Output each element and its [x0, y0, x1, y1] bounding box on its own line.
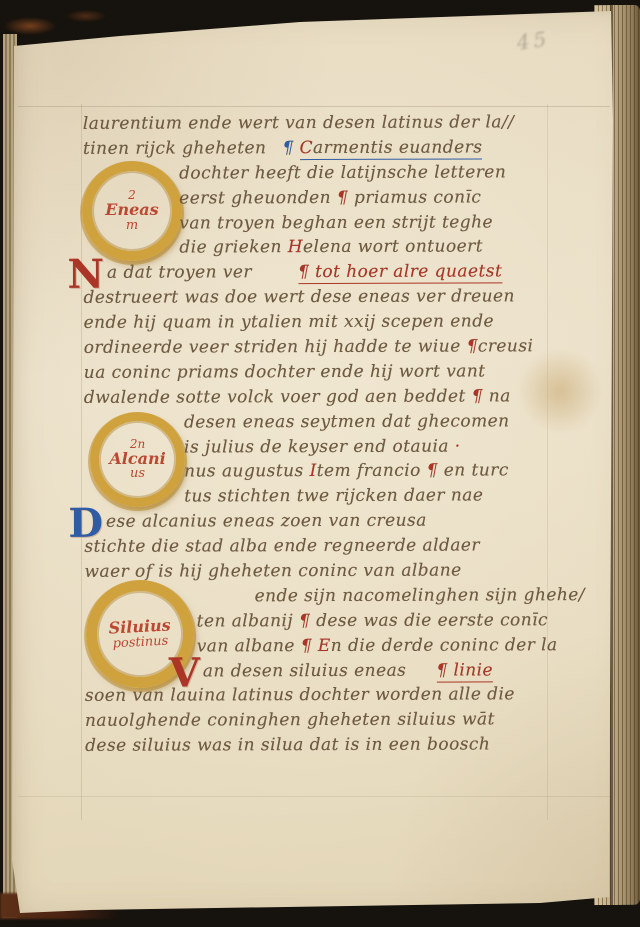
text-run: tus stichten twe rijcken daer nae	[184, 486, 483, 507]
text-run: ende sijn nacomelinghen sijn ghehe/	[255, 585, 585, 606]
text-run: van troyen beghan een strijt teghe	[179, 212, 493, 233]
manuscript-line: nauolghende coninghen gheheten siluius w…	[85, 710, 563, 737]
manuscript-line: die grieken Helena wort ontuoert	[83, 237, 561, 264]
manuscript-line: destrueert was doe wert dese eneas ver d…	[83, 286, 561, 313]
manuscript-line: ende hij quam in ytalien mit xxij scepen…	[84, 311, 562, 338]
text-run: a dat troyen ver	[107, 263, 252, 284]
text-run: ese alcanius eneas zoen van creusa	[106, 511, 427, 532]
text-run: dochter heeft die latijnsche letteren	[179, 162, 506, 183]
text-run: die grieken	[179, 238, 287, 258]
ruling-line-bottom	[18, 796, 610, 797]
manuscript-line: ten albanij ¶ dese was die eerste conīc	[85, 610, 563, 637]
manuscript-line: tus stichten twe rijcken daer nae	[84, 486, 562, 513]
manuscript-line: Dese alcanius eneas zoen van creusa	[84, 510, 562, 537]
text-run: desen eneas seytmen dat ghecomen	[184, 411, 510, 432]
spacer	[406, 674, 436, 675]
text-run: priamus conīc	[354, 187, 481, 207]
text-run: dese was die eerste conīc	[316, 610, 548, 631]
text-run: destrueert was doe wert dese eneas ver d…	[83, 287, 514, 309]
manuscript-line: eerst gheuonden ¶ priamus conīc	[83, 187, 561, 214]
text-run: ¶	[299, 611, 316, 631]
text-run: is julius de keyser end otauia	[184, 436, 449, 457]
text-run: creusi	[478, 336, 534, 356]
text-run: en turc	[444, 461, 509, 481]
manuscript-line: dese siluius was in silua dat is in een …	[85, 734, 563, 761]
manuscript-line: tinen rijck gheheten¶ Carmentis euanders	[83, 137, 561, 164]
text-run: na	[489, 386, 511, 406]
text-run: armentis euanders	[313, 137, 482, 160]
text-run: ¶	[467, 336, 478, 356]
text-run: elena wort ontuoert	[303, 237, 483, 258]
text-run: ua coninc priams dochter ende hij wort v…	[84, 361, 486, 382]
folio-number: 45	[515, 21, 589, 70]
text-run: ende hij quam in ytalien mit xxij scepen…	[84, 312, 495, 333]
manuscript-line: dwalende sotte volck voer god aen beddet…	[84, 386, 562, 413]
text-run: I	[310, 461, 317, 481]
text-run: ¶	[282, 138, 299, 158]
text-run: soen van lauina latinus dochter worden a…	[85, 685, 515, 707]
manuscript-page: 45 2 Eneas m 2n Alcani us Siluius postin…	[0, 0, 640, 927]
text-run: an desen siluius eneas	[203, 660, 407, 681]
text-run: tinen rijck gheheten	[83, 138, 267, 159]
spacer	[266, 152, 282, 153]
text-run: H	[288, 238, 303, 258]
text-run: eerst gheuonden	[179, 188, 337, 209]
text-run: C	[300, 138, 314, 160]
text-run: n die derde coninc der la	[331, 635, 558, 656]
manuscript-line: ende sijn nacomelinghen sijn ghehe/	[85, 585, 563, 612]
manuscript-line: is julius de keyser end otauia ·	[84, 436, 562, 463]
text-run: stichte die stad alba ende regneerde ald…	[84, 536, 480, 557]
manuscript-line: ordineerde veer striden hij hadde te wiu…	[84, 336, 562, 363]
text-run: ¶	[472, 386, 489, 406]
text-column: laurentium ende wert van desen latinus d…	[83, 112, 563, 761]
text-run: tem francio	[317, 461, 427, 481]
text-run: dese siluius was in silua dat is in een …	[85, 735, 490, 756]
text-run: nauolghende coninghen gheheten siluius w…	[85, 710, 495, 731]
text-run: ¶ linie	[436, 660, 493, 682]
manuscript-line: Van desen siluius eneas¶ linie	[85, 660, 563, 687]
text-run: laurentium ende wert van desen latinus d…	[83, 112, 514, 134]
manuscript-line: van troyen beghan een strijt teghe	[83, 212, 561, 239]
manuscript-photo: 45 2 Eneas m 2n Alcani us Siluius postin…	[0, 0, 640, 927]
text-run: ¶ E	[301, 636, 331, 656]
text-run: ¶	[337, 188, 354, 208]
manuscript-line: dochter heeft die latijnsche letteren	[83, 162, 561, 189]
manuscript-line: soen van lauina latinus dochter worden a…	[85, 685, 563, 712]
ruling-line-top	[18, 106, 610, 107]
text-run: ·	[449, 436, 461, 456]
manuscript-line: ua coninc priams dochter ende hij wort v…	[84, 361, 562, 388]
manuscript-line: stichte die stad alba ende regneerde ald…	[84, 535, 562, 562]
text-run: waer of is hij gheheten coninc van alban…	[84, 561, 461, 582]
manuscript-line: waer of is hij gheheten coninc van alban…	[84, 560, 562, 587]
text-run: ¶	[427, 461, 444, 481]
manuscript-line: van albane ¶ En die derde coninc der la	[85, 635, 563, 662]
spacer	[252, 276, 298, 277]
text-run: nus augustus	[184, 462, 310, 482]
text-run: ordineerde veer striden hij hadde te wiu…	[84, 337, 467, 358]
manuscript-line: laurentium ende wert van desen latinus d…	[83, 112, 561, 139]
manuscript-line: desen eneas seytmen dat ghecomen	[84, 411, 562, 438]
manuscript-line: nus augustus Item francio ¶ en turc	[84, 461, 562, 488]
manuscript-line: Na dat troyen ver¶ tot hoer alre quaetst	[83, 262, 561, 289]
text-run: van albane	[197, 636, 301, 656]
text-run: ten albanij	[197, 611, 299, 631]
text-run: dwalende sotte volck voer god aen beddet	[84, 386, 472, 407]
text-run: ¶ tot hoer alre quaetst	[298, 262, 502, 285]
